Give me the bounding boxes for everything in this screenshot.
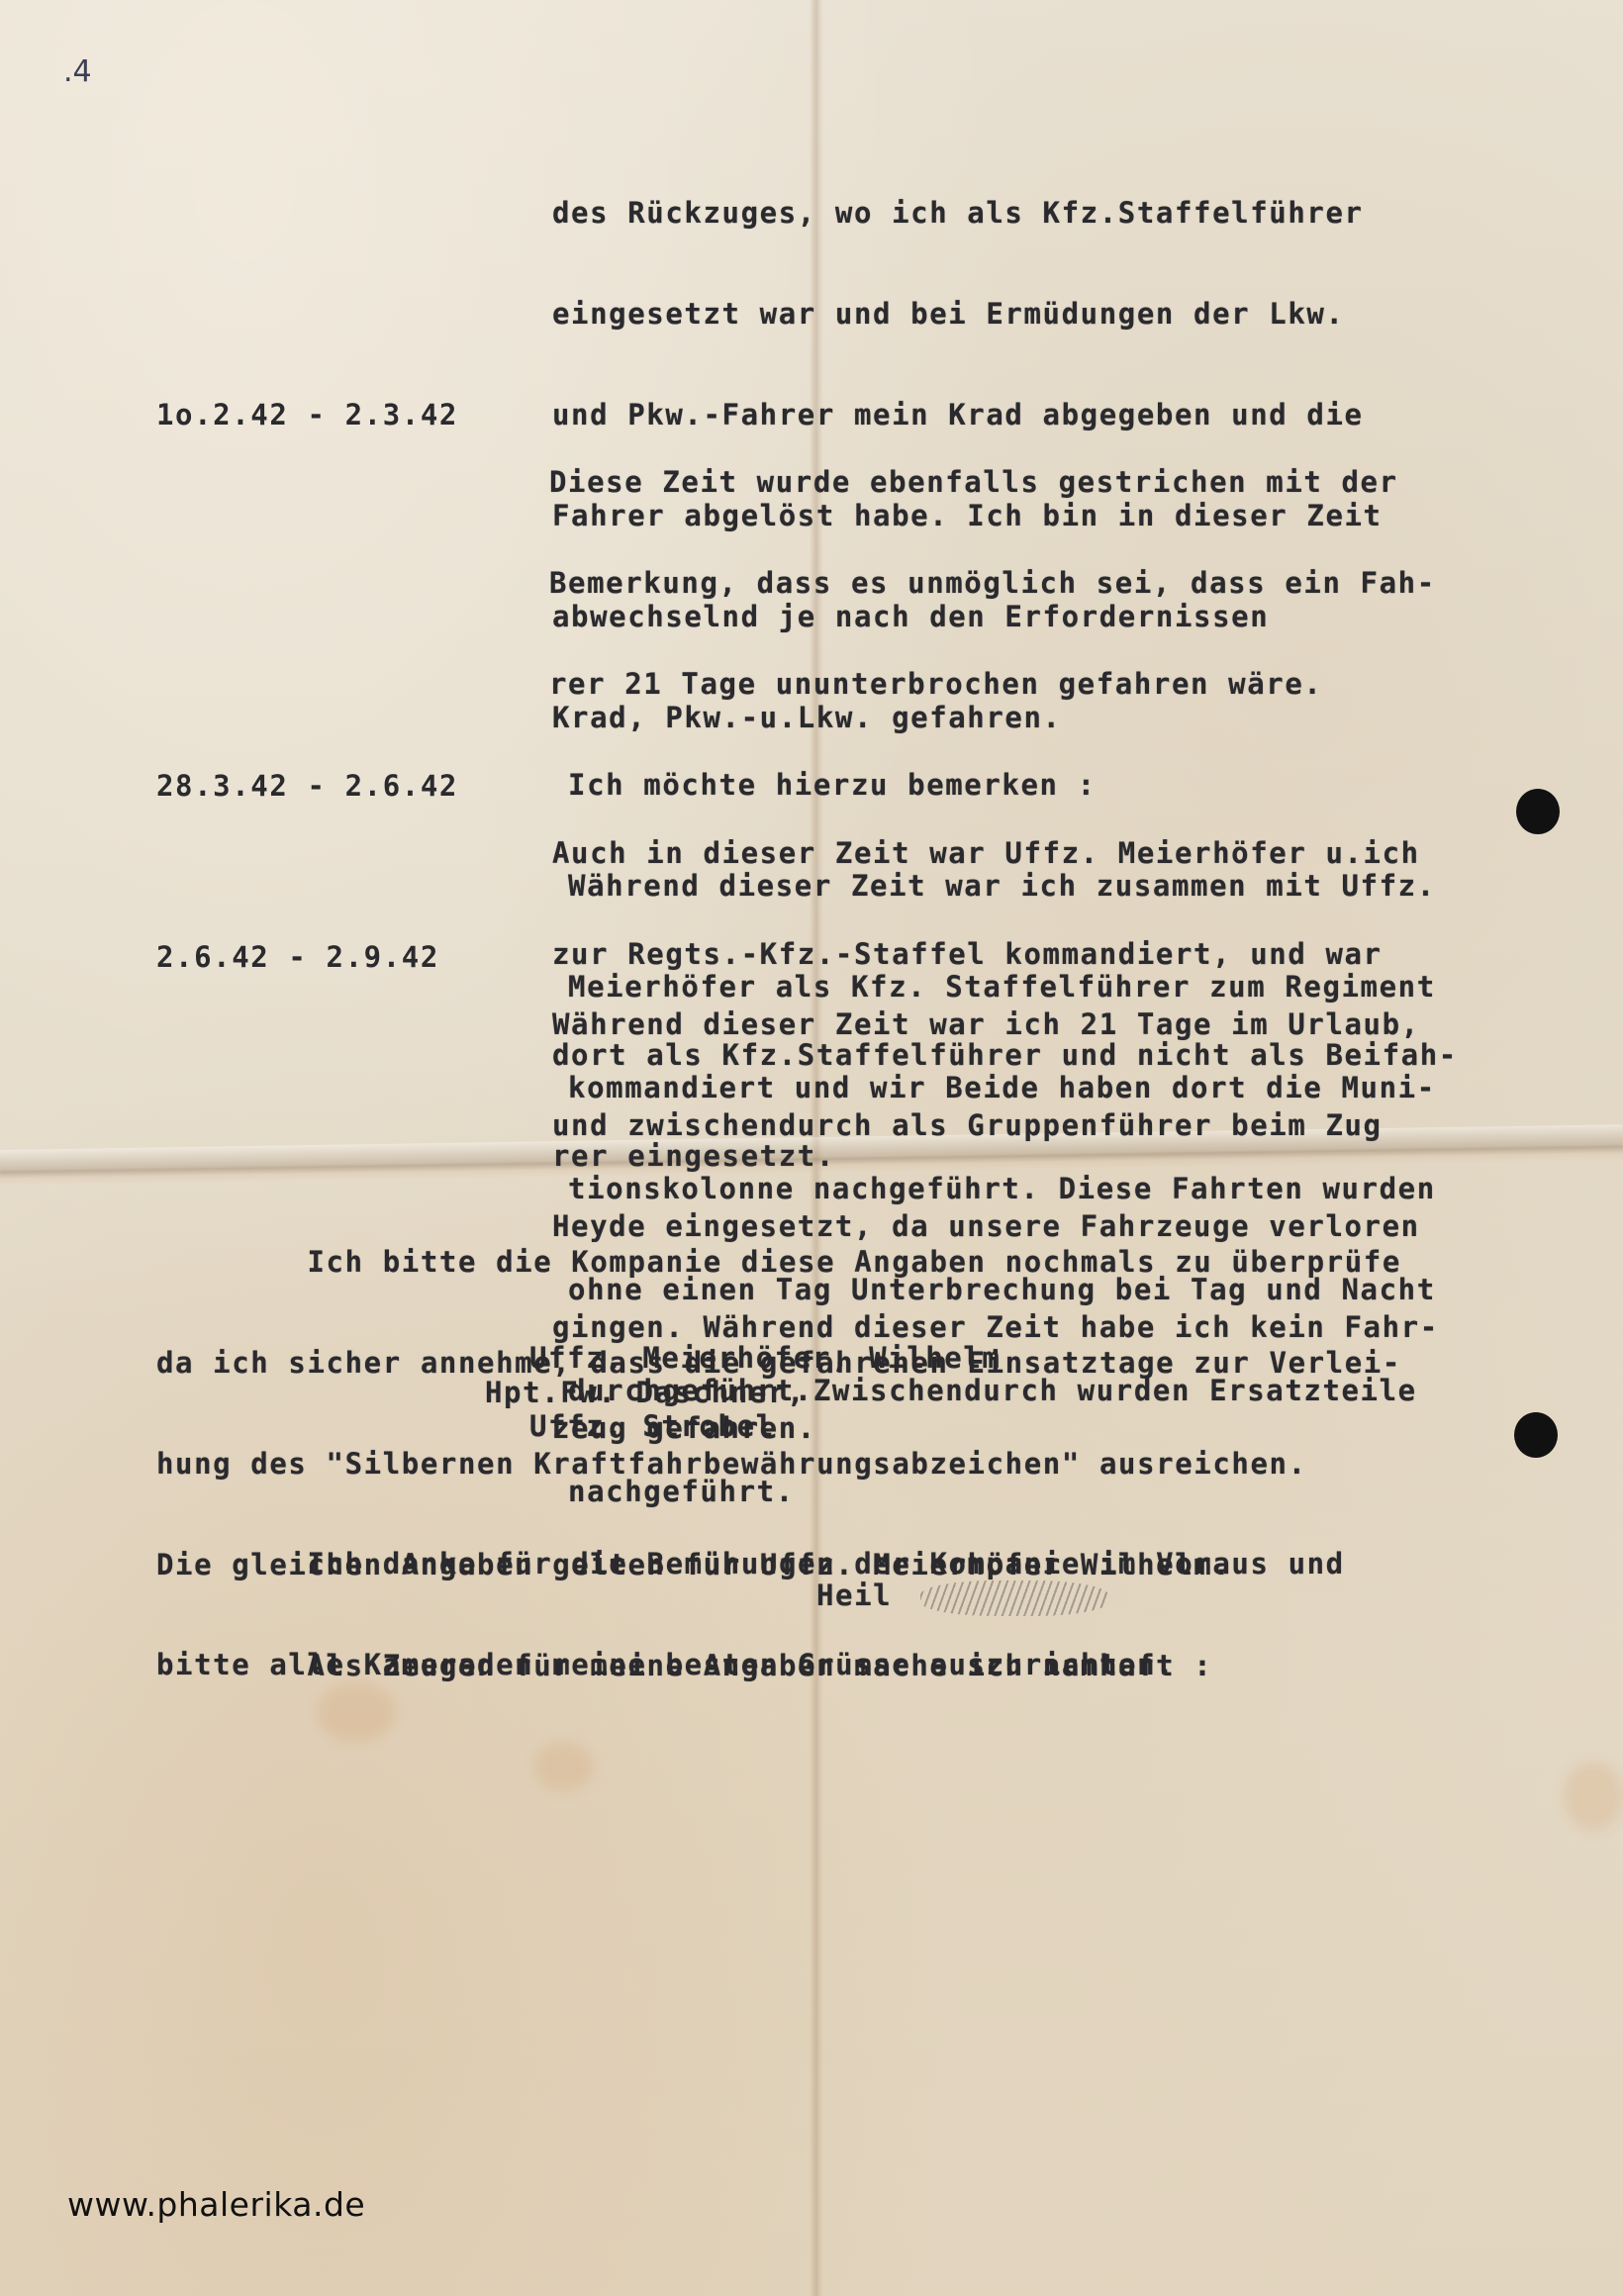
entry-date-range: 28.3.42 - 2.6.42 — [156, 769, 458, 803]
text-line: des Rückzuges, wo ich als Kfz.Staffelfüh… — [552, 196, 1383, 230]
witness-name: Uffz. Meierhöfer, Wilhelm — [529, 1341, 1002, 1375]
punch-hole-icon — [1514, 1412, 1558, 1458]
text-line: bitte alle Kameraden meine besten Grüsse… — [156, 1648, 1345, 1681]
text-line: Ich danke für die Bemühungen der Kompani… — [156, 1547, 1345, 1580]
text-line: Bemerkung, dass es unmöglich sei, dass e… — [549, 566, 1436, 600]
entry-date-range: 2.6.42 - 2.9.42 — [156, 940, 439, 974]
signature-scribble — [920, 1580, 1108, 1616]
text-line: und zwischendurch als Gruppenführer beim… — [552, 1108, 1439, 1142]
text-line: Auch in dieser Zeit war Uffz. Meierhöfer… — [552, 836, 1458, 870]
page-number: .4 — [63, 54, 92, 89]
salutation: Heil — [816, 1578, 892, 1612]
text-line: Ich bitte die Kompanie diese Angaben noc… — [156, 1245, 1401, 1279]
witness-name: Hpt.Fw. Daschner, — [485, 1376, 806, 1409]
text-line: rer 21 Tage ununterbrochen gefahren wäre… — [549, 667, 1436, 701]
text-line: eingesetzt war und bei Ermüdungen der Lk… — [552, 297, 1383, 331]
closing-paragraph: Ich danke für die Bemühungen der Kompani… — [156, 1480, 1345, 1715]
rust-stain — [534, 1742, 594, 1791]
punch-hole-icon — [1516, 789, 1560, 834]
entry-date-range: 1o.2.42 - 2.3.42 — [156, 398, 458, 431]
witness-name: Uffz. Strobel — [529, 1409, 775, 1443]
text-line: Diese Zeit wurde ebenfalls gestrichen mi… — [549, 465, 1436, 499]
text-line: hung des "Silbernen Kraftfahrbewährungsa… — [156, 1447, 1401, 1481]
watermark-url: www.phalerika.de — [67, 2185, 365, 2224]
text-line: Während dieser Zeit war ich 21 Tage im U… — [552, 1007, 1439, 1041]
rust-stain — [1564, 1762, 1623, 1831]
